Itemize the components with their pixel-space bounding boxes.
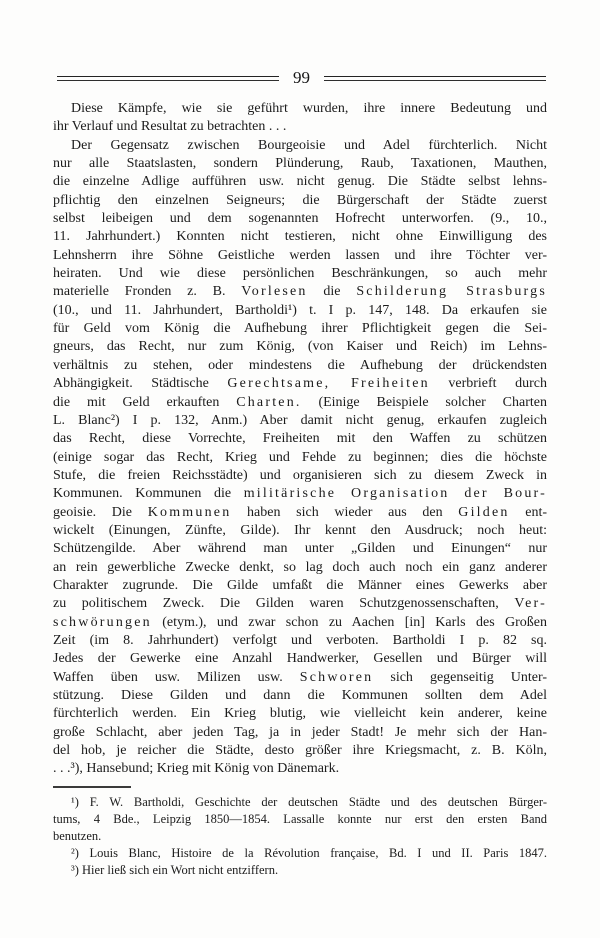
text-segment: die xyxy=(308,284,357,299)
text-segment: Jedes der Gewerke eine Anzahl Handwerker… xyxy=(53,651,547,666)
text-segment: heiraten. Und wie diese persönlichen Bes… xyxy=(53,266,547,281)
body-line: ihr Verlauf und Resultat zu betrachten .… xyxy=(53,118,547,136)
footnotes-section: ¹) F. W. Bartholdi, Geschichte der deuts… xyxy=(53,786,547,879)
text-segment: Der Gegensatz zwischen Bourgeoisie und A… xyxy=(71,138,547,153)
header-rule-right xyxy=(324,76,546,81)
text-segment: ²) Louis Blanc, Histoire de la Révolutio… xyxy=(71,846,547,860)
text-segment: selbst leibeigen und dem sogenannten Hof… xyxy=(53,211,547,226)
body-line: geoisie. Die Kommunen haben sich wieder … xyxy=(53,504,547,522)
footnote-lines: ¹) F. W. Bartholdi, Geschichte der deuts… xyxy=(53,794,547,879)
body-line: nur alle Staatslasten, sondern Plünderun… xyxy=(53,155,547,173)
text-segment: haben sich wieder aus den xyxy=(231,505,458,520)
body-line: Zeit (im 8. Jahrhundert) verfolgt und ve… xyxy=(53,632,547,650)
footnote-line: benutzen. xyxy=(53,828,547,845)
text-segment: del hob, je reicher die Städte, desto gr… xyxy=(53,743,547,758)
letterspaced-emphasis: Charten. xyxy=(236,395,301,410)
letterspaced-emphasis: Gilden xyxy=(458,505,509,520)
body-line: Abhängigkeit. Städtische Gerechtsame, Fr… xyxy=(53,375,547,393)
text-segment: Diese Kämpfe, wie sie geführt wurden, ih… xyxy=(71,101,547,116)
body-line: zu politischem Zweck. Die Gilden waren S… xyxy=(53,595,547,613)
text-segment: (etym.), und zwar schon zu Aachen [in] K… xyxy=(152,615,547,630)
text-segment: stützung. Diese Gilden und dann die Komm… xyxy=(53,688,547,703)
text-segment: verbrieft durch xyxy=(430,376,547,391)
text-segment: Schützengilde. Aber während man unter „G… xyxy=(53,541,547,556)
text-segment: wickelt (Einungen, Zünfte, Gilde). Ihr k… xyxy=(53,523,547,538)
body-line: pflichtig den einzelnen Seigneurs; die B… xyxy=(53,192,547,210)
text-segment: (einige sogar das Recht, Krieg und Fehde… xyxy=(53,450,547,465)
text-segment: ihr Verlauf und Resultat zu betrachten .… xyxy=(53,119,286,134)
body-line: die mit Geld erkauften Charten. (Einige … xyxy=(53,394,547,412)
text-segment: sich gegenseitig Unter- xyxy=(373,670,547,685)
body-line: Kommunen. Kommunen die militärische Orga… xyxy=(53,485,547,503)
body-line: selbst leibeigen und dem sogenannten Hof… xyxy=(53,210,547,228)
body-line: (einige sogar das Recht, Krieg und Fehde… xyxy=(53,449,547,467)
body-line: del hob, je reicher die Städte, desto gr… xyxy=(53,742,547,760)
text-segment: Kommunen. Kommunen die xyxy=(53,486,244,501)
body-line: Lehnsherrn ihre Söhne Geistliche werden … xyxy=(53,247,547,265)
text-segment: Stufe, die freien Reichsstädte) und orga… xyxy=(53,468,547,483)
body-line: verhältnis zu stehen, oder mindestens di… xyxy=(53,357,547,375)
text-segment: Lehnsherrn ihre Söhne Geistliche werden … xyxy=(53,248,547,263)
text-segment: (Einige Beispiele solcher Charten xyxy=(302,395,547,410)
body-line: heiraten. Und wie diese persönlichen Bes… xyxy=(53,265,547,283)
body-line: wickelt (Einungen, Zünfte, Gilde). Ihr k… xyxy=(53,522,547,540)
page-body: Diese Kämpfe, wie sie geführt wurden, ih… xyxy=(53,100,547,779)
body-line: an rein gewerbliche Zwecke denkt, so lag… xyxy=(53,559,547,577)
text-segment: verhältnis zu stehen, oder mindestens di… xyxy=(53,358,547,373)
footnote-line: ¹) F. W. Bartholdi, Geschichte der deuts… xyxy=(53,794,547,811)
text-segment: Waffen üben usw. Milizen usw. xyxy=(53,670,300,685)
text-segment: das Recht, diese Vorrechte, Freiheiten m… xyxy=(53,431,547,446)
text-segment: materielle Fronden z. B. xyxy=(53,284,241,299)
body-line: 11. Jahrhundert.) Konnten nicht testiere… xyxy=(53,228,547,246)
letterspaced-emphasis: schwörungen xyxy=(53,615,152,630)
text-segment: L. Blanc²) I p. 132, Anm.) Aber damit ni… xyxy=(53,413,547,428)
footnote-separator-rule xyxy=(53,786,131,788)
letterspaced-emphasis: Ver- xyxy=(514,596,547,611)
text-segment: fürchterlich werden. Ein Krieg blutig, w… xyxy=(53,706,547,721)
text-segment: die einzelne Adlige aufführen usw. nicht… xyxy=(53,174,547,189)
body-line: große Schlacht, aber jeden Tag, ja in je… xyxy=(53,724,547,742)
footnote-line: ²) Louis Blanc, Histoire de la Révolutio… xyxy=(53,845,547,862)
page-header: 99 xyxy=(57,70,546,87)
text-segment: an rein gewerbliche Zwecke denkt, so lag… xyxy=(53,560,547,575)
body-line: Schützengilde. Aber während man unter „G… xyxy=(53,540,547,558)
body-line: Charakter zugrunde. Die Gilde umfaßt die… xyxy=(53,577,547,595)
text-segment: große Schlacht, aber jeden Tag, ja in je… xyxy=(53,725,547,740)
text-segment: 11. Jahrhundert.) Konnten nicht testiere… xyxy=(53,229,547,244)
body-line: die einzelne Adlige aufführen usw. nicht… xyxy=(53,173,547,191)
footnote-line: ³) Hier ließ sich ein Wort nicht entziff… xyxy=(53,862,547,879)
book-page: 99 Diese Kämpfe, wie sie geführt wurden,… xyxy=(0,0,600,938)
text-segment: zu politischem Zweck. Die Gilden waren S… xyxy=(53,596,514,611)
body-line: (10., und 11. Jahrhundert, Bartholdi¹) t… xyxy=(53,302,547,320)
text-segment: ³) Hier ließ sich ein Wort nicht entziff… xyxy=(71,863,278,877)
text-segment: Charakter zugrunde. Die Gilde umfaßt die… xyxy=(53,578,547,593)
text-segment: ent- xyxy=(510,505,547,520)
page-number: 99 xyxy=(279,69,324,86)
body-line: . . .³), Hansebund; Krieg mit König von … xyxy=(53,760,547,778)
body-line: für Geld vom König die Aufhebung ihrer P… xyxy=(53,320,547,338)
body-line: schwörungen (etym.), und zwar schon zu A… xyxy=(53,614,547,632)
text-segment: ¹) F. W. Bartholdi, Geschichte der deuts… xyxy=(71,795,547,809)
text-segment: tums, 4 Bde., Leipzig 1850—1854. Lassall… xyxy=(53,812,547,826)
text-segment: Abhängigkeit. Städtische xyxy=(53,376,227,391)
text-segment: die mit Geld erkauften xyxy=(53,395,236,410)
letterspaced-emphasis: Kommunen xyxy=(148,505,232,520)
body-line: Waffen üben usw. Milizen usw. Schworen s… xyxy=(53,669,547,687)
body-line: Der Gegensatz zwischen Bourgeoisie und A… xyxy=(53,137,547,155)
body-line: stützung. Diese Gilden und dann die Komm… xyxy=(53,687,547,705)
body-line: Diese Kämpfe, wie sie geführt wurden, ih… xyxy=(53,100,547,118)
body-line: Stufe, die freien Reichsstädte) und orga… xyxy=(53,467,547,485)
body-line: gneurs, das Recht, nur zum König, (von K… xyxy=(53,338,547,356)
body-line: materielle Fronden z. B. Vorlesen die Sc… xyxy=(53,283,547,301)
text-segment: für Geld vom König die Aufhebung ihrer P… xyxy=(53,321,547,336)
body-line: das Recht, diese Vorrechte, Freiheiten m… xyxy=(53,430,547,448)
header-rule-left xyxy=(57,76,279,81)
letterspaced-emphasis: Vorlesen xyxy=(241,284,307,299)
letterspaced-emphasis: Gerechtsame, Freiheiten xyxy=(227,376,429,391)
letterspaced-emphasis: militärische Organisation der Bour- xyxy=(244,486,547,501)
letterspaced-emphasis: Schilderung Strasburgs xyxy=(356,284,547,299)
body-line: L. Blanc²) I p. 132, Anm.) Aber damit ni… xyxy=(53,412,547,430)
text-segment: benutzen. xyxy=(53,829,101,843)
text-segment: . . .³), Hansebund; Krieg mit König von … xyxy=(53,761,339,776)
footnote-line: tums, 4 Bde., Leipzig 1850—1854. Lassall… xyxy=(53,811,547,828)
text-segment: nur alle Staatslasten, sondern Plünderun… xyxy=(53,156,547,171)
text-segment: pflichtig den einzelnen Seigneurs; die B… xyxy=(53,193,547,208)
text-segment: geoisie. Die xyxy=(53,505,148,520)
body-line: fürchterlich werden. Ein Krieg blutig, w… xyxy=(53,705,547,723)
body-line: Jedes der Gewerke eine Anzahl Handwerker… xyxy=(53,650,547,668)
text-segment: Zeit (im 8. Jahrhundert) verfolgt und ve… xyxy=(53,633,547,648)
text-segment: (10., und 11. Jahrhundert, Bartholdi¹) t… xyxy=(53,303,547,318)
letterspaced-emphasis: Schworen xyxy=(300,670,374,685)
text-segment: gneurs, das Recht, nur zum König, (von K… xyxy=(53,339,547,354)
